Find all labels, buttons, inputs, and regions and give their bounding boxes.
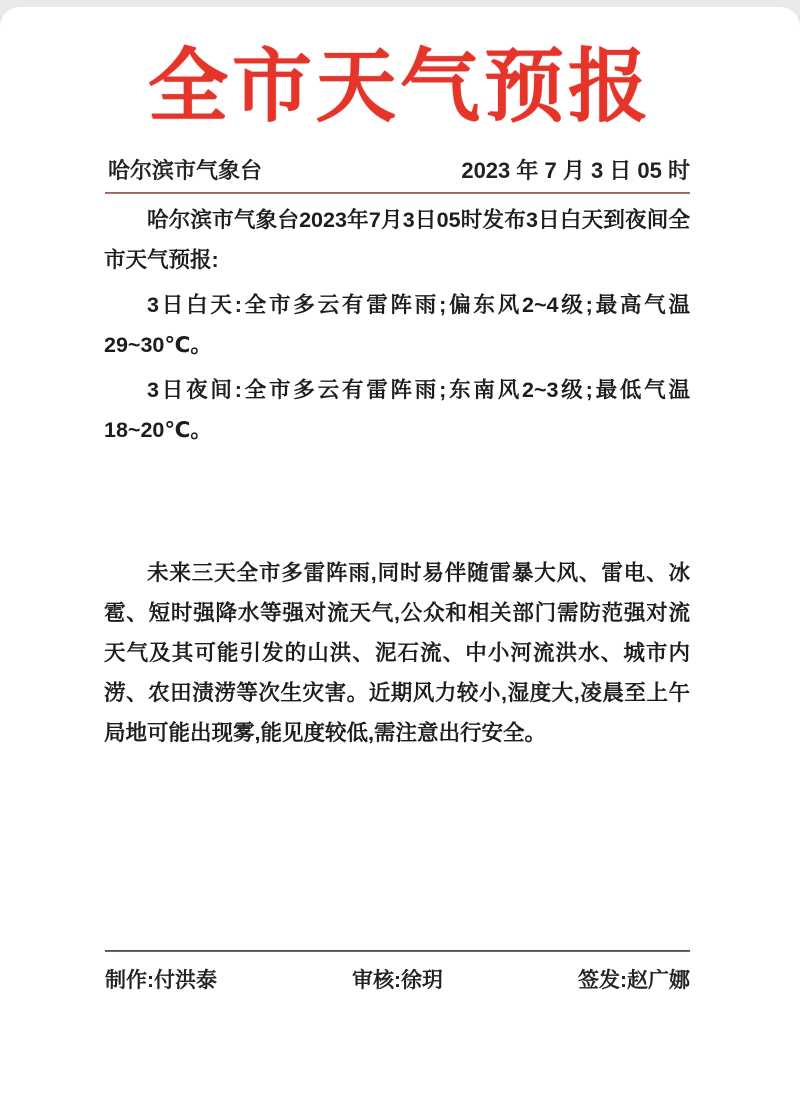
footer: 制作:付洪泰 审核:徐玥 签发:赵广娜 bbox=[105, 950, 690, 994]
header-row: 哈尔滨市气象台 2023 年 7 月 3 日 05 时 bbox=[108, 154, 690, 185]
header-divider bbox=[105, 192, 690, 194]
reviewer-name: 徐玥 bbox=[401, 969, 443, 992]
paragraph-outlook-warning: 未来三天全市多雷阵雨,同时易伴随雷暴大风、雷电、冰雹、短时强降水等强对流天气,公… bbox=[104, 553, 690, 753]
paragraph-night-forecast: 3日夜间:全市多云有雷阵雨;东南风2~3级;最低气温18~20℃。 bbox=[104, 370, 690, 450]
issuer-field: 签发:赵广娜 bbox=[578, 964, 690, 994]
reviewer-field: 审核:徐玥 bbox=[352, 964, 443, 994]
issuing-agency: 哈尔滨市气象台 bbox=[108, 154, 262, 185]
footer-divider bbox=[105, 950, 690, 952]
maker-name: 付洪泰 bbox=[154, 969, 217, 992]
paragraph-daytime-forecast: 3日白天:全市多云有雷阵雨;偏东风2~4级;最高气温29~30℃。 bbox=[104, 285, 690, 365]
issuer-name: 赵广娜 bbox=[627, 969, 690, 992]
maker-label: 制作: bbox=[105, 969, 154, 992]
reviewer-label: 审核: bbox=[352, 969, 401, 992]
maker-field: 制作:付洪泰 bbox=[105, 964, 217, 994]
issue-datetime: 2023 年 7 月 3 日 05 时 bbox=[461, 154, 690, 185]
bulletin-body: 哈尔滨市气象台2023年7月3日05时发布3日白天到夜间全市天气预报: 3日白天… bbox=[104, 200, 690, 758]
footer-row: 制作:付洪泰 审核:徐玥 签发:赵广娜 bbox=[105, 964, 690, 994]
issuer-label: 签发: bbox=[578, 969, 627, 992]
page-title: 全市天气预报 bbox=[0, 38, 800, 136]
weather-bulletin-photo: 全市天气预报 哈尔滨市气象台 2023 年 7 月 3 日 05 时 哈尔滨市气… bbox=[0, 0, 800, 1108]
blank-gap bbox=[104, 455, 690, 553]
paragraph-intro: 哈尔滨市气象台2023年7月3日05时发布3日白天到夜间全市天气预报: bbox=[104, 200, 690, 280]
bulletin-content: 全市天气预报 哈尔滨市气象台 2023 年 7 月 3 日 05 时 哈尔滨市气… bbox=[0, 0, 800, 1108]
